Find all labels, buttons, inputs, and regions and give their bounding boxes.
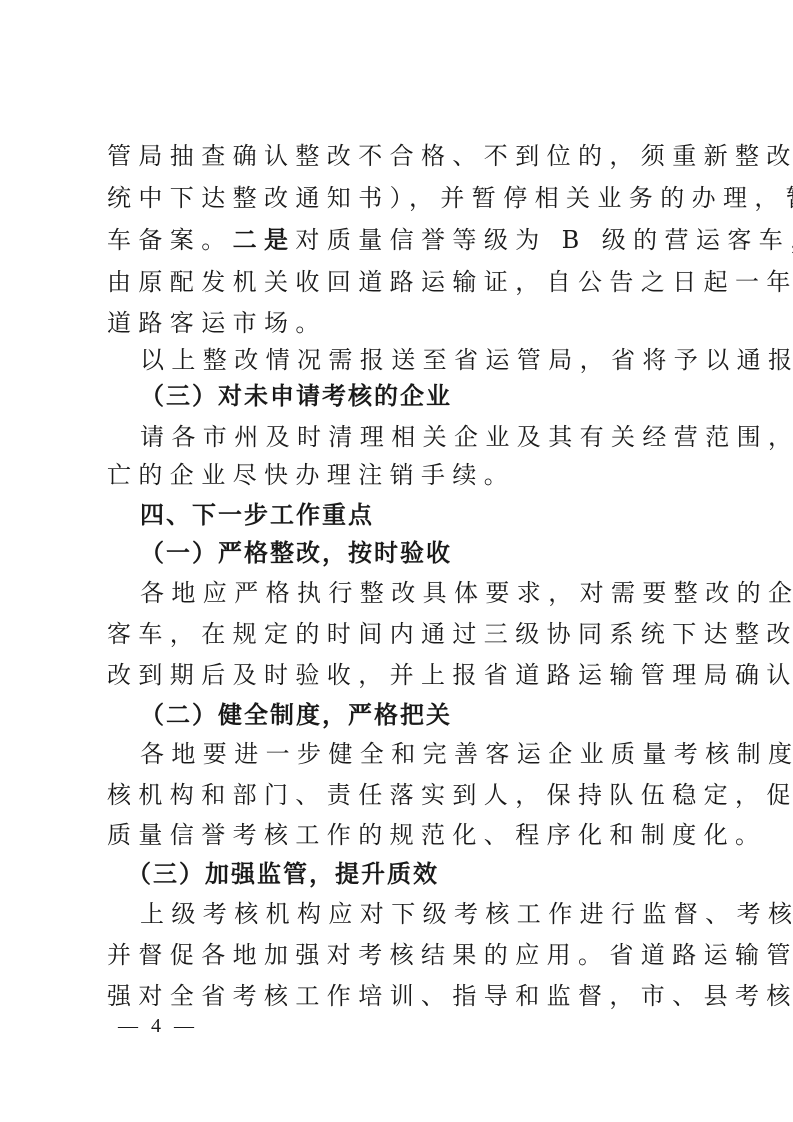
section-heading: （三）对未申请考核的企业 (140, 381, 724, 411)
body-line: 并督促各地加强对考核结果的应用。省道路运输管理局应当加 (107, 940, 691, 970)
subsection-heading: （一）严格整改，按时验收 (140, 538, 724, 568)
body-line: 统中下达整改通知书），并暂停相关业务的办理，暂停车辆的包 (107, 183, 691, 213)
body-line: 改到期后及时验收，并上报省道路运输管理局确认。 (107, 660, 691, 690)
body-line-with-emphasis: 车备案。二是对质量信誉等级为 B 级的营运客车，省厅公告后， (107, 225, 691, 255)
body-line: 管局抽查确认整改不合格、不到位的，须重新整改（重新在系 (107, 141, 691, 171)
body-line: 由原配发机关收回道路运输证，自公告之日起一年内限制进入 (107, 267, 691, 297)
body-text: 对质量信誉等级为 B 级的营运客车，省厅公告后， (295, 226, 793, 254)
body-line: 亡的企业尽快办理注销手续。 (107, 460, 691, 490)
body-line: 质量信誉考核工作的规范化、程序化和制度化。 (107, 820, 691, 850)
body-line: 上级考核机构应对下级考核工作进行监督、考核和检查， (140, 899, 692, 929)
body-text: 车备案。 (107, 226, 233, 254)
body-line: 各地应严格执行整改具体要求，对需要整改的企业和营运 (140, 578, 692, 608)
body-line: 强对全省考核工作培训、指导和监督，市、县考核机构要不断 (107, 981, 691, 1011)
body-line: 客车，在规定的时间内通过三级协同系统下达整改通知书、整 (107, 619, 691, 649)
body-line: 核机构和部门、责任落实到人，保持队伍稳定，促进客运企业 (107, 780, 691, 810)
page-number: — 4 — (118, 1013, 198, 1039)
subsection-heading: （二）健全制度，严格把关 (140, 700, 724, 730)
document-page: 管局抽查确认整改不合格、不到位的，须重新整改（重新在系 统中下达整改通知书），并… (0, 0, 793, 1122)
emphasis-phrase: 二是 (233, 226, 296, 254)
body-line: 请各市州及时清理相关企业及其有关经营范围，对名存实 (140, 422, 692, 452)
part-heading: 四、下一步工作重点 (140, 500, 724, 530)
subsection-heading: （三）加强监管，提升质效 (127, 859, 711, 889)
body-line: 各地要进一步健全和完善客运企业质量考核制度，明确考 (140, 739, 692, 769)
body-line: 道路客运市场。 (107, 308, 691, 338)
report-note: 以上整改情况需报送至省运管局，省将予以通报。 (140, 345, 692, 375)
